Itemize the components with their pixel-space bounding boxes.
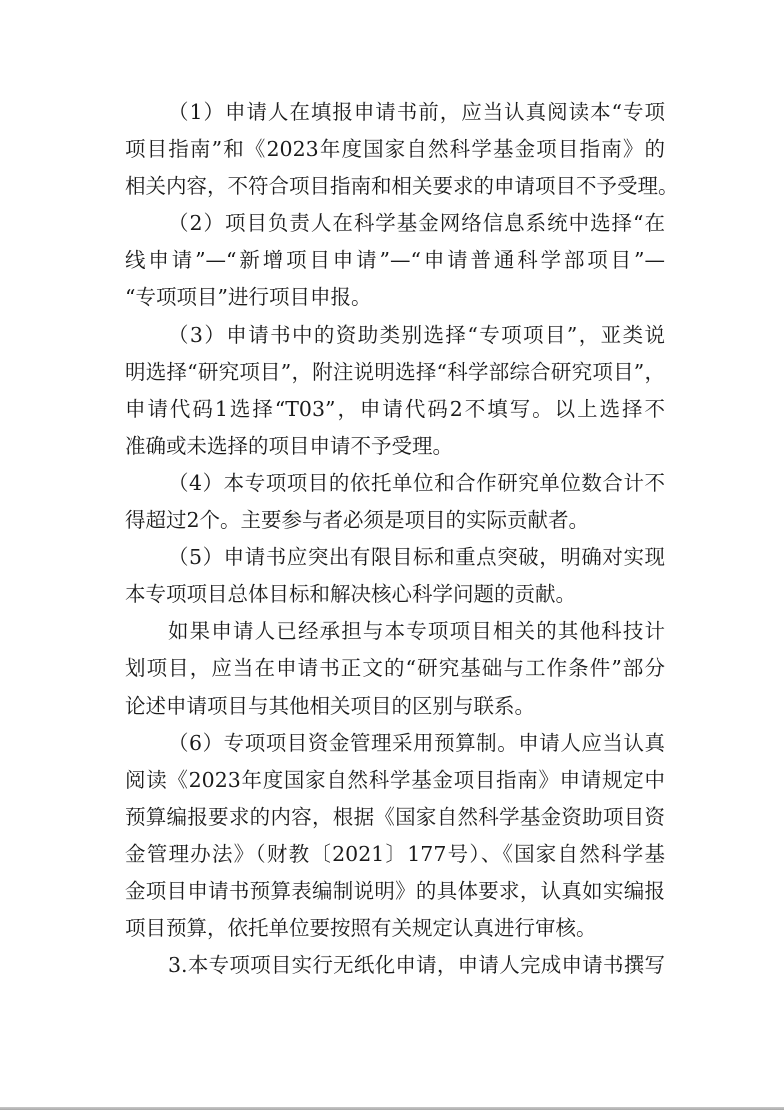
paragraph-2: （2）项目负责人在科学基金网络信息系统中选择“在 线申请”—“新增项目申请”—“… [125, 205, 665, 316]
text-line: 阅读《2023年度国家自然科学基金项目指南》申请规定中 [125, 762, 665, 799]
text-line: 准确或未选择的项目申请不予受理。 [125, 428, 665, 465]
paragraph-4: （4）本专项项目的依托单位和合作研究单位数合计不 得超过2个。主要参与者必须是项… [125, 465, 665, 539]
text-line: 金项目申请书预算表编制说明》的具体要求，认真如实编报 [125, 873, 665, 910]
text-line: 预算编报要求的内容，根据《国家自然科学基金资助项目资 [125, 799, 665, 836]
text-line: 本专项项目总体目标和解决核心科学问题的贡献。 [125, 576, 665, 613]
text-line: 如果申请人已经承担与本专项项目相关的其他科技计 [125, 613, 665, 650]
text-line: 线申请”—“新增项目申请”—“申请普通科学部项目”— [125, 242, 665, 279]
text-line: 相关内容，不符合项目指南和相关要求的申请项目不予受理。 [125, 168, 665, 205]
text-line: “专项项目”进行项目申报。 [125, 279, 665, 316]
text-line: （4）本专项项目的依托单位和合作研究单位数合计不 [125, 465, 665, 502]
text-line: 论述申请项目与其他相关项目的区别与联系。 [125, 688, 665, 725]
text-line: 划项目，应当在申请书正文的“研究基础与工作条件”部分 [125, 650, 665, 687]
text-line: （5）申请书应突出有限目标和重点突破，明确对实现 [125, 539, 665, 576]
text-line: 申请代码1选择“T03”，申请代码2不填写。以上选择不 [125, 391, 665, 428]
document-page: （1）申请人在填报申请书前，应当认真阅读本“专项 项目指南”和《2023年度国家… [125, 94, 665, 984]
paragraph-3: （3）申请书中的资助类别选择“专项项目”，亚类说 明选择“研究项目”，附注说明选… [125, 317, 665, 465]
text-line: （6）专项项目资金管理采用预算制。申请人应当认真 [125, 725, 665, 762]
text-line: 项目指南”和《2023年度国家自然科学基金项目指南》的 [125, 131, 665, 168]
paragraph-6: （6）专项项目资金管理采用预算制。申请人应当认真 阅读《2023年度国家自然科学… [125, 725, 665, 948]
text-line: 得超过2个。主要参与者必须是项目的实际贡献者。 [125, 502, 665, 539]
text-line: （3）申请书中的资助类别选择“专项项目”，亚类说 [125, 317, 665, 354]
text-line: 项目预算，依托单位要按照有关规定认真进行审核。 [125, 910, 665, 947]
paragraph-1: （1）申请人在填报申请书前，应当认真阅读本“专项 项目指南”和《2023年度国家… [125, 94, 665, 205]
text-line: （1）申请人在填报申请书前，应当认真阅读本“专项 [125, 94, 665, 131]
paragraph-5: （5）申请书应突出有限目标和重点突破，明确对实现 本专项项目总体目标和解决核心科… [125, 539, 665, 613]
paragraph-5-continued: 如果申请人已经承担与本专项项目相关的其他科技计 划项目，应当在申请书正文的“研究… [125, 613, 665, 724]
text-line: 明选择“研究项目”，附注说明选择“科学部综合研究项目”， [125, 354, 665, 391]
text-line: 3.本专项项目实行无纸化申请，申请人完成申请书撰写 [125, 947, 665, 984]
text-line: （2）项目负责人在科学基金网络信息系统中选择“在 [125, 205, 665, 242]
paragraph-7: 3.本专项项目实行无纸化申请，申请人完成申请书撰写 [125, 947, 665, 984]
text-line: 金管理办法》（财教〔2021〕177号）、《国家自然科学基 [125, 836, 665, 873]
